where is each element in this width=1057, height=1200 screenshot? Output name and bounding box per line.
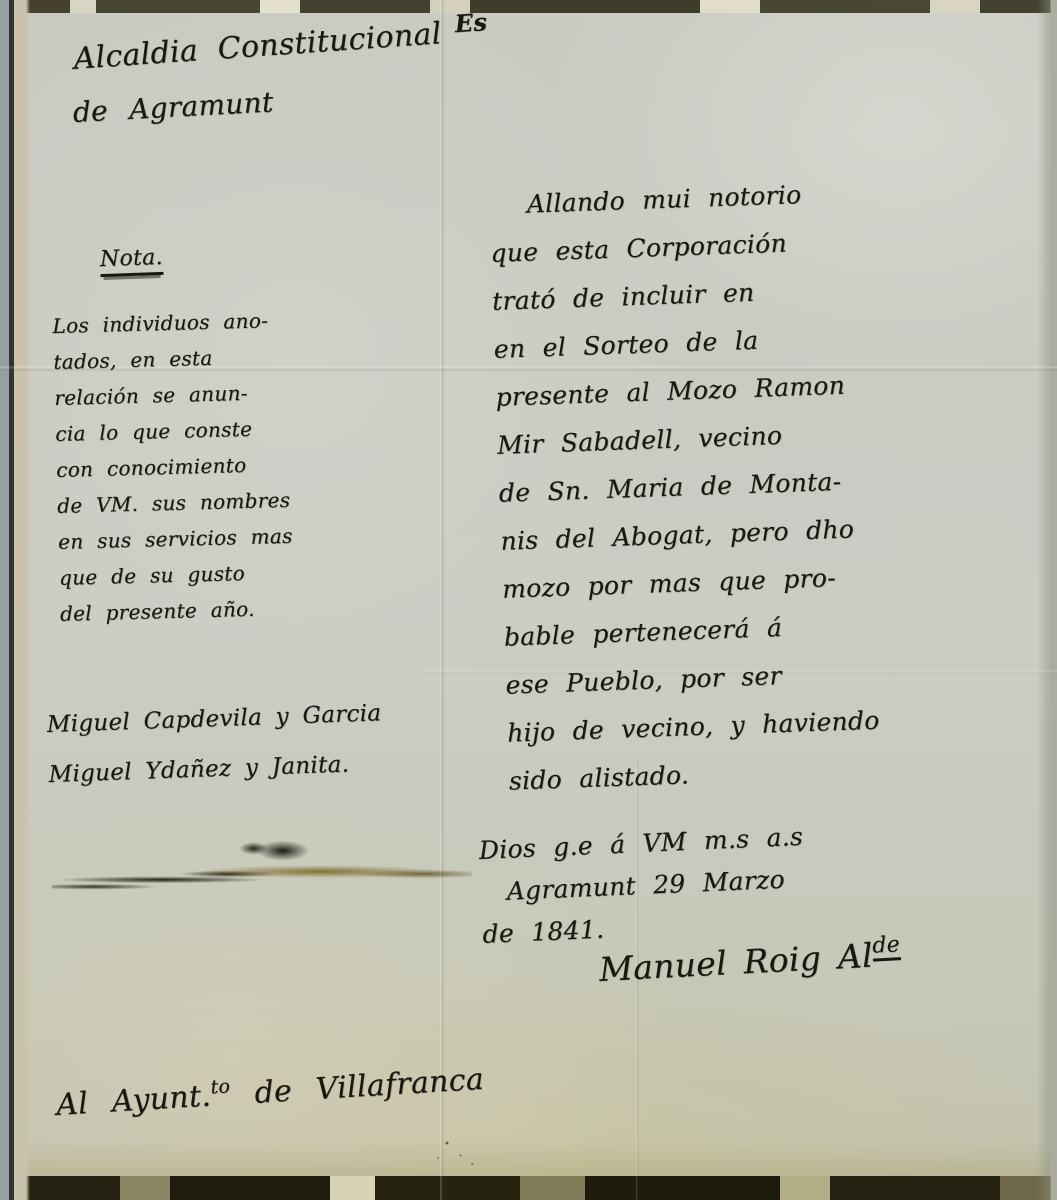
signature-title-abbrev: de [872, 932, 901, 961]
paper-edge-top [0, 0, 1057, 13]
ink-specks [420, 1128, 510, 1178]
signatory-name: Miguel Ydañez y Janita. [48, 738, 384, 800]
address-prefix: Al Ayunt. [55, 1079, 212, 1123]
paper-edge-bottom [0, 1176, 1057, 1200]
address-superscript: to [210, 1075, 231, 1098]
margin-note-block: Los individuos ano- tados, en esta relac… [52, 298, 460, 632]
paper-edge-bottom-fade [0, 1140, 1057, 1180]
letterhead-line2: de Agramunt [72, 85, 274, 128]
closing-block: Dios g.e á VM m.s a.s Agramunt 29 Marzo … [478, 816, 808, 956]
letterhead-line1: Alcaldia ConstitucionalEs [72, 7, 489, 77]
letterhead-text: Alcaldia Constitucional [72, 16, 442, 77]
paper-edge-left [0, 0, 30, 1200]
ink-smear [52, 838, 472, 896]
letter-body: Allando mui notorio que esta Corporación… [488, 162, 1057, 805]
address-line: Al Ayunt.to de Villafranca [55, 1060, 485, 1123]
letterhead-flourish: Es [454, 7, 488, 38]
address-rest: de Villafranca [253, 1062, 485, 1111]
scanned-letter: Alcaldia ConstitucionalEs de Agramunt No… [0, 0, 1057, 1200]
margin-note-names: Miguel Capdevila y Garcia Miguel Ydañez … [46, 688, 384, 800]
margin-note-heading: Nota. [99, 245, 163, 277]
